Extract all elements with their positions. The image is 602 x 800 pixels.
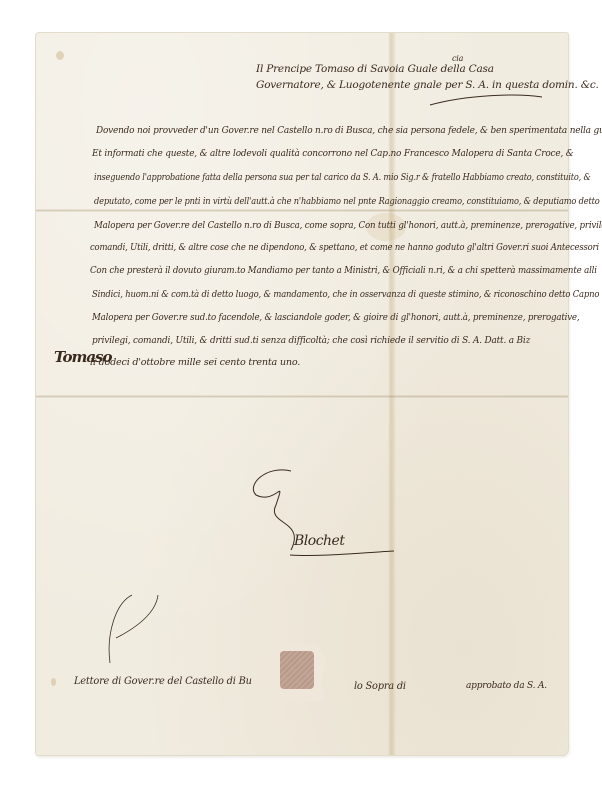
approval-note: approbato da S. A. xyxy=(466,681,547,691)
address-middle: lo Sopra di xyxy=(354,681,406,692)
heading-line-2: Governatore, & Luogotenente gnale per S.… xyxy=(256,79,599,91)
address-flourish xyxy=(86,593,166,668)
foxing-stain xyxy=(51,678,56,686)
wax-seal xyxy=(268,643,326,703)
body-line: Dovendo noi provveder d'un Gover.re nel … xyxy=(96,125,602,137)
signature-underline xyxy=(288,545,398,559)
body-line: comandi, Utili, dritti, & altre cose che… xyxy=(90,242,599,254)
body-line: Malopera per Gover.re sud.to facendole, … xyxy=(92,312,579,324)
body-line: privilegi, comandi, Utili, & dritti sud.… xyxy=(92,335,530,347)
foxing-stain xyxy=(56,51,64,60)
vertical-fold-line xyxy=(388,33,396,755)
body-line: li dodeci d'ottobre mille sei cento tren… xyxy=(90,357,300,369)
signature-tomaso: Tomaso xyxy=(54,348,112,366)
heading-superscript: cia xyxy=(452,54,463,63)
heading-flourish xyxy=(426,91,546,109)
address-line: Lettore di Gover.re del Castello di Bu xyxy=(74,676,252,687)
document-sheet: Il Prencipe Tomaso di Savoia Guale della… xyxy=(36,33,568,755)
horizontal-fold-line xyxy=(36,209,568,212)
body-line: deputato, come per le pnti in virtù dell… xyxy=(94,196,602,208)
heading-line-1: Il Prencipe Tomaso di Savoia Guale della… xyxy=(256,63,494,75)
body-line: Con che presterà il dovuto giuram.to Man… xyxy=(90,265,597,277)
body-line: Sindici, huom.ni & com.tà di detto luogo… xyxy=(92,289,599,301)
body-line: Malopera per Gover.re del Castello n.ro … xyxy=(94,220,602,232)
body-line: inseguendo l'approbatione fatta della pe… xyxy=(94,172,591,184)
seal-wax-impression xyxy=(280,651,314,689)
body-line: Et informati che queste, & altre lodevol… xyxy=(92,148,574,160)
horizontal-fold-line xyxy=(36,395,568,398)
